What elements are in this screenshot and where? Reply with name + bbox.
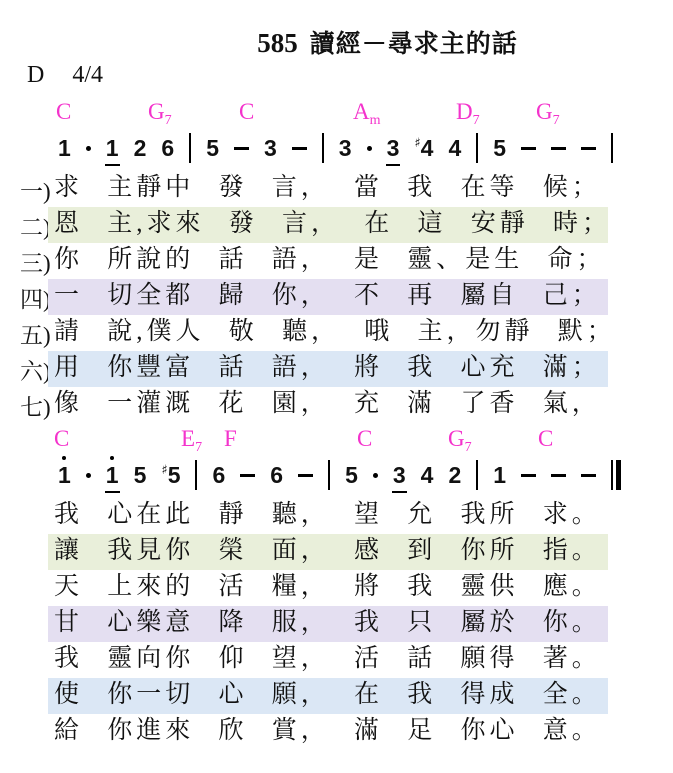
chord-G7: G7 bbox=[148, 100, 172, 123]
note-4: 4 bbox=[448, 137, 461, 160]
lyric-text: 使 你一切 心 願， 在 我 得成 全。 bbox=[48, 678, 608, 714]
lyric-line: 五)請 說,僕人 敬 聽， 哦 主，勿靜 默； bbox=[20, 315, 673, 351]
sharp-icon: ♯ bbox=[414, 136, 420, 151]
verse-block-1: 一)求 主靜中 發 言， 當 我 在等 候；二)恩 主,求來 發 言， 在 這 … bbox=[20, 171, 673, 423]
sharp-icon: ♯ bbox=[161, 463, 167, 478]
lyric-line: 給 你進來 欣 賞， 滿 足 你心 意。 bbox=[20, 714, 673, 750]
augmentation-dot bbox=[373, 473, 378, 478]
note-3: 3 bbox=[387, 137, 400, 160]
lyric-line: 我 心在此 靜 聽， 望 允 我所 求。 bbox=[20, 498, 673, 534]
lyric-text: 讓 我見你 榮 面， 感 到 你所 指。 bbox=[48, 534, 608, 570]
lyric-line: 使 你一切 心 願， 在 我 得成 全。 bbox=[20, 678, 673, 714]
note-2: 2 bbox=[134, 137, 147, 160]
dash-note bbox=[581, 474, 596, 477]
note-6: 6 bbox=[212, 464, 225, 487]
note-6: 6 bbox=[161, 137, 174, 160]
hymn-sheet: 585 讀經－尋求主的話 D 4/4 CG7CAmD7G7 11265333♯4… bbox=[0, 0, 673, 773]
lyric-text: 像 一灌溉 花 園， 充 滿 了香 氣， bbox=[48, 387, 608, 423]
lyric-text: 求 主靜中 發 言， 當 我 在等 候； bbox=[48, 171, 608, 207]
chord-C: C bbox=[54, 427, 69, 450]
key-signature: D bbox=[27, 62, 44, 88]
note-6: 6 bbox=[270, 464, 283, 487]
lyric-line: 讓 我見你 榮 面， 感 到 你所 指。 bbox=[20, 534, 673, 570]
lyric-line: 二)恩 主,求來 發 言， 在 這 安靜 時； bbox=[20, 207, 673, 243]
note-3: 3 bbox=[264, 137, 277, 160]
barline-thick bbox=[616, 460, 621, 490]
note-5: 5 bbox=[345, 464, 358, 487]
chord-row-1: CG7CAmD7G7 bbox=[20, 100, 673, 127]
chord-F: F bbox=[224, 427, 237, 450]
final-barline bbox=[611, 460, 621, 490]
lyric-text: 請 說,僕人 敬 聽， 哦 主，勿靜 默； bbox=[48, 315, 608, 351]
chord-C: C bbox=[56, 100, 71, 123]
lyric-text: 用 你豐富 話 語， 將 我 心充 滿； bbox=[48, 351, 608, 387]
lyric-line: 一)求 主靜中 發 言， 當 我 在等 候； bbox=[20, 171, 673, 207]
barline bbox=[195, 460, 197, 490]
note-5: 5 bbox=[134, 464, 147, 487]
lyric-line: 四)一 切全都 歸 你， 不 再 屬自 己； bbox=[20, 279, 673, 315]
lyric-line: 甘 心樂意 降 服， 我 只 屬於 你。 bbox=[20, 606, 673, 642]
note-2: 2 bbox=[448, 464, 461, 487]
page-title: 585 讀經－尋求主的話 bbox=[20, 24, 673, 62]
note-1: 1 bbox=[58, 464, 71, 487]
notation-line-1: 11265333♯445 bbox=[58, 127, 673, 169]
lyric-line: 三)你 所說的 話 語， 是 靈、是生 命； bbox=[20, 243, 673, 279]
augmentation-dot bbox=[86, 473, 91, 478]
chord-C: C bbox=[538, 427, 553, 450]
barline bbox=[322, 133, 324, 163]
lyric-text: 恩 主,求來 發 言， 在 這 安靜 時； bbox=[48, 207, 608, 243]
dash-note bbox=[521, 474, 536, 477]
lyric-text: 你 所說的 話 語， 是 靈、是生 命； bbox=[48, 243, 608, 279]
barline-thin bbox=[611, 460, 613, 490]
chord-Am: Am bbox=[353, 100, 381, 123]
lyric-line: 天 上來的 活 糧， 將 我 靈供 應。 bbox=[20, 570, 673, 606]
note-1: 1 bbox=[106, 137, 119, 160]
note-1: 1 bbox=[493, 464, 506, 487]
dash-note bbox=[581, 147, 596, 150]
lyric-text: 甘 心樂意 降 服， 我 只 屬於 你。 bbox=[48, 606, 608, 642]
chord-C: C bbox=[239, 100, 254, 123]
dash-note bbox=[298, 474, 313, 477]
augmentation-dot bbox=[367, 146, 372, 151]
note-3: 3 bbox=[339, 137, 352, 160]
note-1: 1 bbox=[106, 464, 119, 487]
dash-note bbox=[521, 147, 536, 150]
dash-note bbox=[551, 474, 566, 477]
chord-row-2: CE7FCG7C bbox=[20, 427, 673, 454]
chord-C: C bbox=[357, 427, 372, 450]
barline bbox=[189, 133, 191, 163]
note-5: ♯5 bbox=[161, 464, 180, 487]
dash-note bbox=[551, 147, 566, 150]
chord-G7: G7 bbox=[536, 100, 560, 123]
lyric-text: 給 你進來 欣 賞， 滿 足 你心 意。 bbox=[48, 714, 608, 750]
lyric-text: 天 上來的 活 糧， 將 我 靈供 應。 bbox=[48, 570, 608, 606]
dash-note bbox=[292, 147, 307, 150]
lyric-line: 我 靈向你 仰 望， 活 話 願得 著。 bbox=[20, 642, 673, 678]
dash-note bbox=[240, 474, 255, 477]
note-4: 4 bbox=[421, 464, 434, 487]
note-5: 5 bbox=[206, 137, 219, 160]
chord-E7: E7 bbox=[181, 427, 202, 450]
key-signature-row: D 4/4 bbox=[20, 62, 673, 92]
barline bbox=[476, 460, 478, 490]
augmentation-dot bbox=[86, 146, 91, 151]
notation-line-2: 115♯56653421 bbox=[58, 454, 673, 496]
lyric-text: 我 心在此 靜 聽， 望 允 我所 求。 bbox=[48, 498, 608, 534]
lyric-text: 我 靈向你 仰 望， 活 話 願得 著。 bbox=[48, 642, 608, 678]
lyric-text: 一 切全都 歸 你， 不 再 屬自 己； bbox=[48, 279, 608, 315]
lyric-line: 七)像 一灌溉 花 園， 充 滿 了香 氣， bbox=[20, 387, 673, 423]
time-signature: 4/4 bbox=[72, 62, 103, 88]
dash-note bbox=[234, 147, 249, 150]
note-1: 1 bbox=[58, 137, 71, 160]
note-4: ♯4 bbox=[414, 137, 433, 160]
barline bbox=[476, 133, 478, 163]
verse-block-2: 我 心在此 靜 聽， 望 允 我所 求。讓 我見你 榮 面， 感 到 你所 指。… bbox=[20, 498, 673, 750]
barline bbox=[328, 460, 330, 490]
barline bbox=[611, 133, 613, 163]
hymn-title: 讀經－尋求主的話 bbox=[310, 31, 518, 58]
note-5: 5 bbox=[493, 137, 506, 160]
chord-D7: D7 bbox=[456, 100, 480, 123]
lyric-line: 六)用 你豐富 話 語， 將 我 心充 滿； bbox=[20, 351, 673, 387]
chord-G7: G7 bbox=[448, 427, 472, 450]
note-3: 3 bbox=[393, 464, 406, 487]
hymn-number: 585 bbox=[257, 28, 298, 58]
